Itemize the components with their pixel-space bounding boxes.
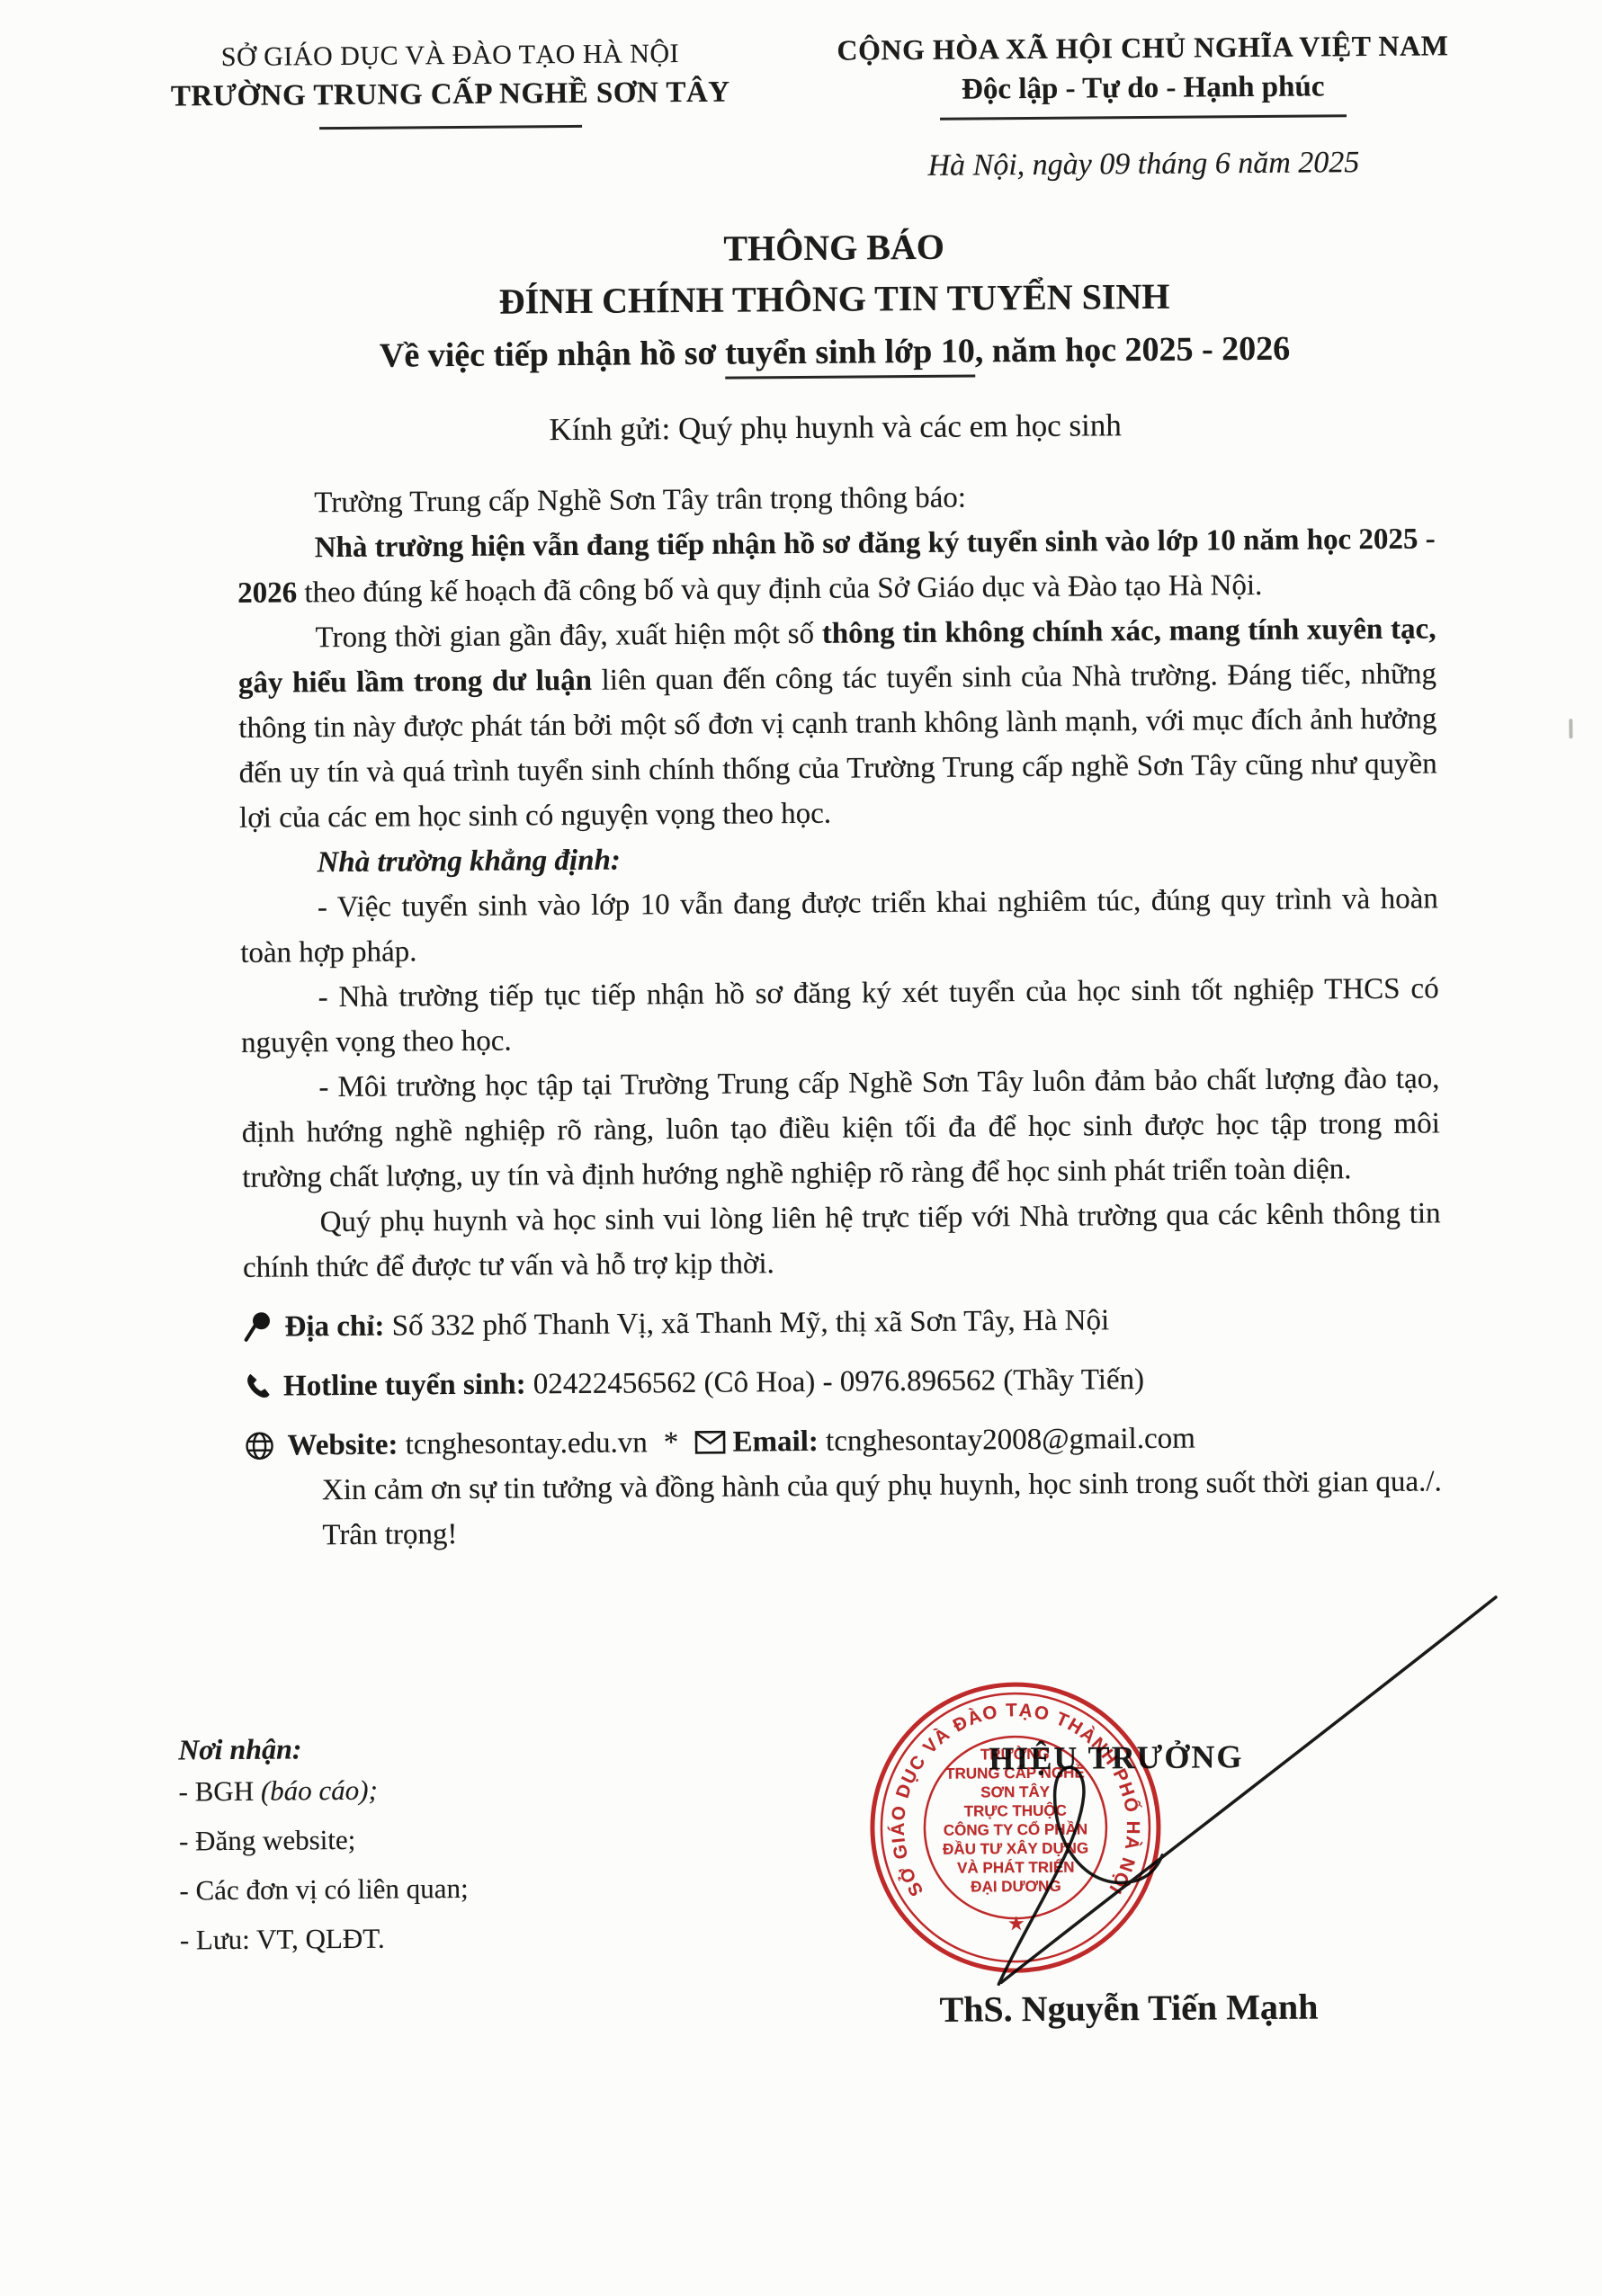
- subject-prefix: Về việc tiếp nhận hồ sơ: [380, 335, 726, 375]
- affirmation-heading: Nhà trường khẳng định:: [317, 844, 621, 880]
- recipient-item-units: - Các đơn vị có liên quan;: [179, 1863, 469, 1916]
- paragraph-contact-invitation: Quý phụ huynh và học sinh vui lòng liên …: [242, 1191, 1441, 1290]
- email-label: Email:: [732, 1425, 819, 1459]
- website-value: tcnghesontay.edu.vn: [406, 1426, 648, 1461]
- national-motto: Độc lập - Tự do - Hạnh phúc: [796, 69, 1490, 108]
- recipients-title: Nơi nhận:: [178, 1731, 467, 1767]
- address-text: Địa chỉ: Số 332 phố Thanh Vị, xã Thanh M…: [284, 1298, 1109, 1349]
- document-content: THÔNG BÁO ĐÍNH CHÍNH THÔNG TIN TUYỂN SIN…: [235, 221, 1444, 1558]
- bullet-enrollment-legal: - Việc tuyển sinh vào lớp 10 vẫn đang đư…: [240, 876, 1439, 975]
- phone-icon: [244, 1372, 271, 1401]
- paragraph-regards: Trân trọng!: [245, 1504, 1443, 1558]
- email-value: tcnghesontay2008@gmail.com: [826, 1423, 1195, 1458]
- recipient-bgh-text: - BGH: [178, 1775, 261, 1808]
- address-value: Số 332 phố Thanh Vị, xã Thanh Mỹ, thị xã…: [392, 1304, 1110, 1342]
- document-subtitle: ĐÍNH CHÍNH THÔNG TIN TUYỂN SINH: [235, 272, 1433, 324]
- scanned-document-page: SỞ GIÁO DỤC VÀ ĐÀO TẠO HÀ NỘI TRƯỜNG TRU…: [0, 0, 1602, 2296]
- body-text: Trường Trung cấp Nghề Sơn Tây trân trọng…: [237, 471, 1443, 1558]
- document-title: THÔNG BÁO: [235, 221, 1433, 272]
- bullet-learning-environment: - Môi trường học tập tại Trường Trung cấ…: [241, 1056, 1440, 1200]
- paragraph-misinformation: Trong thời gian gần đây, xuất hiện một s…: [237, 606, 1437, 840]
- recipient-item-bgh: - BGH (báo cáo);: [178, 1764, 468, 1817]
- website-label: Website:: [287, 1429, 398, 1462]
- dateline: Hà Nội, ngày 09 tháng 6 năm 2025: [796, 145, 1490, 184]
- issuing-agency-block: SỞ GIÁO DỤC VÀ ĐÀO TẠO HÀ NỘI TRƯỜNG TRU…: [98, 38, 802, 131]
- country-title: CỘNG HÒA XÃ HỘI CHỦ NGHĨA VIỆT NAM: [795, 29, 1490, 67]
- hotline-text: Hotline tuyển sinh: 02422456562 (Cô Hoa)…: [283, 1357, 1144, 1409]
- header-left-rule: [319, 125, 582, 130]
- signature-stroke: [998, 1597, 1499, 1982]
- website-email-text: Website: tcnghesontay.edu.vn* Email: tcn…: [287, 1416, 1195, 1469]
- subject-suffix: , năm học 2025 - 2026: [975, 330, 1291, 371]
- scan-content: SỞ GIÁO DỤC VÀ ĐÀO TẠO HÀ NỘI TRƯỜNG TRU…: [0, 0, 1602, 2296]
- recipient-item-archive: - Lưu: VT, QLĐT.: [180, 1913, 470, 1965]
- hotline-value: 02422456562 (Cô Hoa) - 0976.896562 (Thầy…: [533, 1363, 1144, 1400]
- location-pin-icon: [243, 1311, 272, 1344]
- bullet-accepting-applications: - Nhà trường tiếp tục tiếp nhận hồ sơ đă…: [240, 966, 1439, 1065]
- hotline-label: Hotline tuyển sinh:: [283, 1368, 526, 1402]
- separator-star: *: [648, 1426, 695, 1459]
- document-subject: Về việc tiếp nhận hồ sơ tuyển sinh lớp 1…: [236, 327, 1434, 376]
- paragraph-announcement: Nhà trường hiện vẫn đang tiếp nhận hồ sơ…: [237, 516, 1436, 615]
- subject-underlined: tuyển sinh lớp 10: [725, 332, 975, 379]
- school-name: TRƯỜNG TRUNG CẤP NGHỀ SƠN TÂY: [99, 76, 802, 114]
- national-header-block: CỘNG HÒA XÃ HỘI CHỦ NGHĨA VIỆT NAM Độc l…: [795, 29, 1490, 184]
- recipients-block: Nơi nhận: - BGH (báo cáo); - Đăng websit…: [178, 1731, 469, 1965]
- hotline-line: Hotline tuyển sinh: 02422456562 (Cô Hoa)…: [244, 1354, 1442, 1408]
- header-right-rule: [940, 114, 1347, 121]
- signature: [850, 1574, 1537, 2011]
- paragraph-thanks: Xin cảm ơn sự tin tưởng và đồng hành của…: [245, 1459, 1443, 1513]
- recipient-bgh-note: (báo cáo);: [261, 1774, 378, 1807]
- department-name: SỞ GIÁO DỤC VÀ ĐÀO TẠO HÀ NỘI: [98, 38, 801, 74]
- recipient-item-website: - Đăng website;: [179, 1814, 469, 1866]
- misinformation-prefix: Trong thời gian gần đây, xuất hiện một s…: [315, 618, 822, 654]
- address-line: Địa chỉ: Số 332 phố Thanh Vị, xã Thanh M…: [243, 1295, 1441, 1349]
- contact-block: Địa chỉ: Số 332 phố Thanh Vị, xã Thanh M…: [243, 1295, 1442, 1468]
- scan-edge-artifact: [1569, 719, 1572, 738]
- announcement-rest: theo đúng kế hoạch đã công bố và quy địn…: [297, 569, 1262, 609]
- salutation: Kính gửi: Quý phụ huynh và các em học si…: [237, 405, 1435, 450]
- envelope-icon: [694, 1431, 725, 1454]
- globe-icon: [244, 1431, 274, 1461]
- address-label: Địa chỉ:: [284, 1310, 384, 1344]
